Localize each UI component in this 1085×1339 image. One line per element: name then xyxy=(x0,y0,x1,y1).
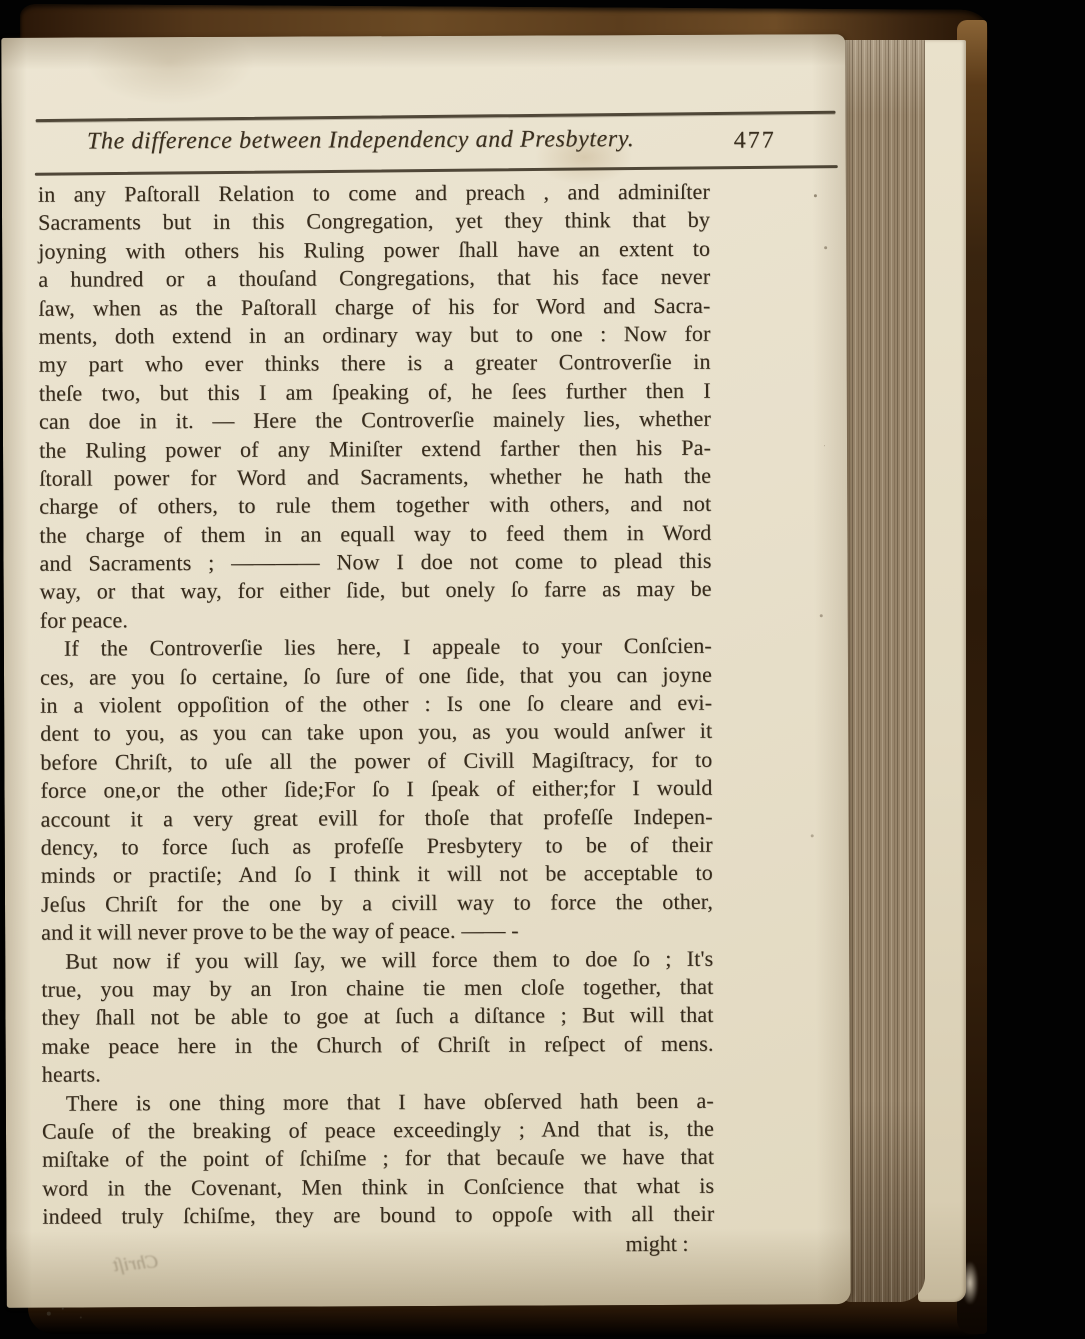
text-line: in any Paſtorall Relation to come and pr… xyxy=(38,178,710,209)
text-line: and Sacraments ; ———— Now I doe not come… xyxy=(39,547,711,578)
text-line: minds or practiſe; And ſo I think it wil… xyxy=(41,859,713,890)
running-title: The difference between Independency and … xyxy=(80,125,642,156)
text-line: But now if you will ſay, we will force t… xyxy=(41,944,713,975)
text-line: way, or that way, for either ſide, but o… xyxy=(40,575,712,606)
text-line: word in the Covenant, Men think in Conſc… xyxy=(42,1171,714,1202)
text-line: dent to you, as you can take upon you, a… xyxy=(40,717,712,748)
text-line: and it will never prove to be the way of… xyxy=(41,916,713,947)
text-line: ces, are you ſo certaine, ſo ſure of one… xyxy=(40,660,712,691)
text-line: account it a very great evill for thoſe … xyxy=(41,802,713,833)
text-line: If the Controverſie lies here, I appeale… xyxy=(40,632,712,663)
text-line: my part who ever thinks there is a great… xyxy=(39,348,711,379)
text-line: Jeſus Chriſt for the one by a civill way… xyxy=(41,888,713,919)
header-rule-bottom xyxy=(35,165,838,176)
text-line: make peace here in the Church of Chriſt … xyxy=(42,1029,714,1060)
text-line: hearts. xyxy=(42,1058,714,1089)
text-line: the Ruling power of any Miniſter extend … xyxy=(39,433,711,464)
text-line: true, you may by an Iron chaine tie men … xyxy=(41,973,713,1004)
text-line: they ſhall not be able to goe at ſuch a … xyxy=(41,1001,713,1032)
margin-specks xyxy=(814,194,817,197)
text-line: indeed truly ſchiſme, they are bound to … xyxy=(42,1200,714,1231)
text-line: miſtake of the point of ſchiſme ; for th… xyxy=(42,1143,714,1174)
text-line: a hundred or a thouſand Congregations, t… xyxy=(38,263,710,294)
text-line: in a violent oppoſition of the other : I… xyxy=(40,689,712,720)
text-line: There is one thing more that I have obſe… xyxy=(42,1086,714,1117)
text-line: can doe in it. — Here the Controverſie m… xyxy=(39,405,711,436)
text-line: ſaw, when as the Paſtorall charge of his… xyxy=(38,291,710,322)
book-page: The difference between Independency and … xyxy=(1,34,851,1308)
page-number: 477 xyxy=(734,127,804,154)
text-line: theſe two, but this I am ſpeaking of, he… xyxy=(39,376,711,407)
endpaper-edge xyxy=(918,40,966,1302)
text-line: Cauſe of the breaking of peace exceeding… xyxy=(42,1115,714,1146)
body-text: in any Paſtorall Relation to come and pr… xyxy=(38,178,715,1231)
ink-marks xyxy=(37,1300,41,1304)
text-line: for peace. xyxy=(40,604,712,635)
text-line: before Chriſt, to uſe all the power of C… xyxy=(40,746,712,777)
text-line: ments, doth extend in an ordinary way bu… xyxy=(38,320,710,351)
text-line: Sacraments but in this Congregation, yet… xyxy=(38,206,710,237)
text-line: charge of others, to rule them together … xyxy=(39,490,711,521)
text-line: force one,or the other ſide;For ſo I ſpe… xyxy=(40,774,712,805)
page-block-fore-edge xyxy=(841,40,925,1302)
book-photo: The difference between Independency and … xyxy=(0,0,1085,1339)
text-line: dency, to force ſuch as profeſſe Presbyt… xyxy=(41,831,713,862)
text-line: the charge of them in an equall way to f… xyxy=(39,518,711,549)
text-line: joyning with others his Ruling power ſha… xyxy=(38,235,710,266)
text-line: ſtorall power for Word and Sacraments, w… xyxy=(39,462,711,493)
header-rule-top xyxy=(36,111,836,122)
